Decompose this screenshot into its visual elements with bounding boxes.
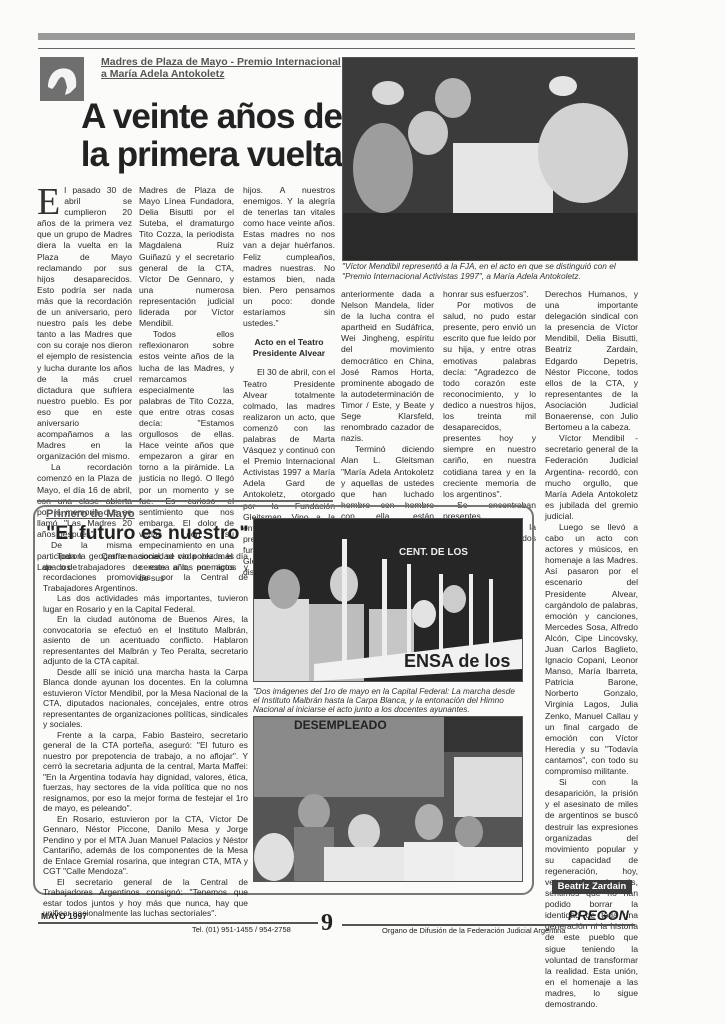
photo-march-torches: ENSA de los CENT. DE LOS xyxy=(253,518,523,682)
subhead: Acto en el Teatro Presidente Alvear xyxy=(243,337,335,359)
article-column-6: Derechos Humanos, y una importante deleg… xyxy=(545,289,638,1010)
svg-text:ENSA de los: ENSA de los xyxy=(404,651,510,671)
author-signature: Beatriz Zardain xyxy=(552,880,632,894)
footer-date: MAYO 1997 xyxy=(41,911,87,921)
page-number: 9 xyxy=(321,911,333,935)
dropcap: E xyxy=(37,186,60,218)
column-divider xyxy=(37,500,333,502)
brand-logo: PREGON xyxy=(568,907,629,923)
footer-rule-left xyxy=(38,922,318,924)
headscarf-icon xyxy=(40,57,84,101)
photo-caption-box: "Dos imágenes del 1ro de mayo en la Capi… xyxy=(253,687,523,714)
box-title: "El futuro es nuestro" xyxy=(46,522,249,545)
top-rule xyxy=(38,48,635,49)
footer-organ: Organo de Difusión de la Federación Judi… xyxy=(382,926,565,935)
photo-mural-singing: DESEMPLEADO xyxy=(253,716,523,882)
svg-text:CENT. DE LOS: CENT. DE LOS xyxy=(399,547,468,558)
svg-text:DESEMPLEADO: DESEMPLEADO xyxy=(294,718,387,732)
box-kicker: Primero de Mayo xyxy=(46,508,135,520)
photo-caption-main: "Víctor Mendibil representó a la FJA, en… xyxy=(342,262,638,281)
top-band xyxy=(38,33,635,40)
headline: A veinte años de la primera vuelta xyxy=(62,98,342,174)
box-body: Toda la geografía nacional, se vio pobla… xyxy=(43,551,248,919)
photo-madres-ceremony xyxy=(342,57,638,261)
article-kicker: Madres de Plaza de Mayo - Premio Interna… xyxy=(101,56,341,80)
footer-telephone: Tel. (01) 951-1455 / 954-2758 xyxy=(192,925,291,934)
